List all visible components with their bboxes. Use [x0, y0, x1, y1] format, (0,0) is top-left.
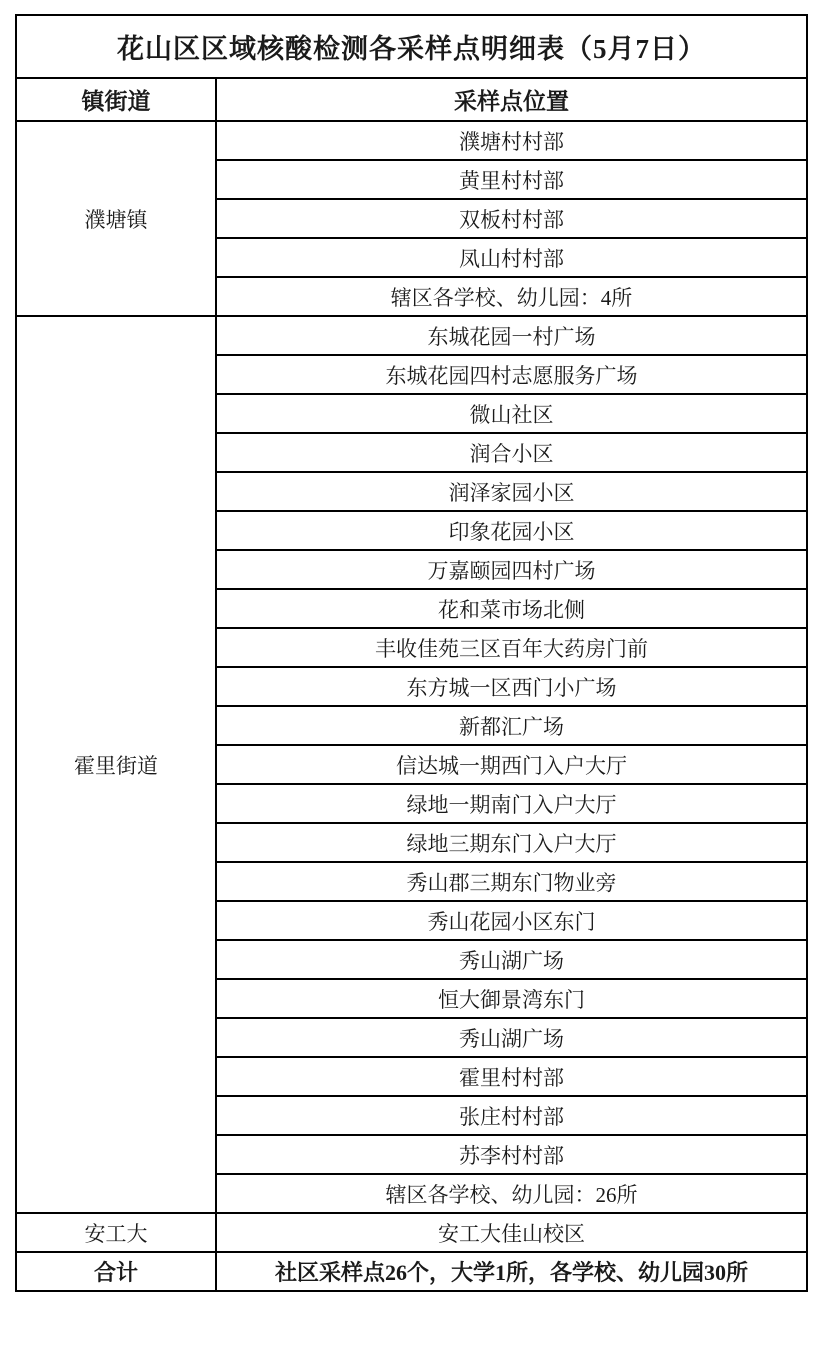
column-header-location: 采样点位置 [216, 78, 807, 121]
location-cell: 辖区各学校、幼儿园：4所 [216, 277, 807, 316]
location-cell: 微山社区 [216, 394, 807, 433]
location-cell: 绿地一期南门入户大厅 [216, 784, 807, 823]
location-cell: 辖区各学校、幼儿园：26所 [216, 1174, 807, 1213]
total-label-cell: 合计 [16, 1252, 216, 1291]
location-cell: 东城花园一村广场 [216, 316, 807, 355]
total-row: 合计社区采样点26个，大学1所，各学校、幼儿园30所 [16, 1252, 807, 1291]
location-cell: 霍里村村部 [216, 1057, 807, 1096]
table-row: 安工大安工大佳山校区 [16, 1213, 807, 1252]
location-cell: 万嘉颐园四村广场 [216, 550, 807, 589]
location-cell: 润泽家园小区 [216, 472, 807, 511]
title-row: 花山区区域核酸检测各采样点明细表（5月7日） [16, 15, 807, 78]
location-cell: 秀山湖广场 [216, 940, 807, 979]
location-cell: 凤山村村部 [216, 238, 807, 277]
location-cell: 张庄村村部 [216, 1096, 807, 1135]
location-cell: 秀山郡三期东门物业旁 [216, 862, 807, 901]
location-cell: 润合小区 [216, 433, 807, 472]
location-cell: 绿地三期东门入户大厅 [216, 823, 807, 862]
district-cell: 安工大 [16, 1213, 216, 1252]
column-header-district: 镇街道 [16, 78, 216, 121]
location-cell: 秀山花园小区东门 [216, 901, 807, 940]
location-cell: 印象花园小区 [216, 511, 807, 550]
district-cell: 霍里街道 [16, 316, 216, 1213]
location-cell: 丰收佳苑三区百年大药房门前 [216, 628, 807, 667]
location-cell: 安工大佳山校区 [216, 1213, 807, 1252]
location-cell: 黄里村村部 [216, 160, 807, 199]
district-cell: 濮塘镇 [16, 121, 216, 316]
location-cell: 双板村村部 [216, 199, 807, 238]
header-row: 镇街道 采样点位置 [16, 78, 807, 121]
location-cell: 东城花园四村志愿服务广场 [216, 355, 807, 394]
location-cell: 濮塘村村部 [216, 121, 807, 160]
location-cell: 恒大御景湾东门 [216, 979, 807, 1018]
location-cell: 东方城一区西门小广场 [216, 667, 807, 706]
total-value-cell: 社区采样点26个，大学1所，各学校、幼儿园30所 [216, 1252, 807, 1291]
location-cell: 秀山湖广场 [216, 1018, 807, 1057]
table-title: 花山区区域核酸检测各采样点明细表（5月7日） [16, 15, 807, 78]
location-cell: 花和菜市场北侧 [216, 589, 807, 628]
location-cell: 苏李村村部 [216, 1135, 807, 1174]
location-cell: 信达城一期西门入户大厅 [216, 745, 807, 784]
location-cell: 新都汇广场 [216, 706, 807, 745]
document-sheet: 花山区区域核酸检测各采样点明细表（5月7日） 镇街道 采样点位置 濮塘镇濮塘村村… [15, 14, 808, 1292]
sampling-points-table: 花山区区域核酸检测各采样点明细表（5月7日） 镇街道 采样点位置 濮塘镇濮塘村村… [15, 14, 808, 1292]
table-body: 花山区区域核酸检测各采样点明细表（5月7日） 镇街道 采样点位置 濮塘镇濮塘村村… [16, 15, 807, 1291]
table-row: 濮塘镇濮塘村村部 [16, 121, 807, 160]
table-row: 霍里街道东城花园一村广场 [16, 316, 807, 355]
